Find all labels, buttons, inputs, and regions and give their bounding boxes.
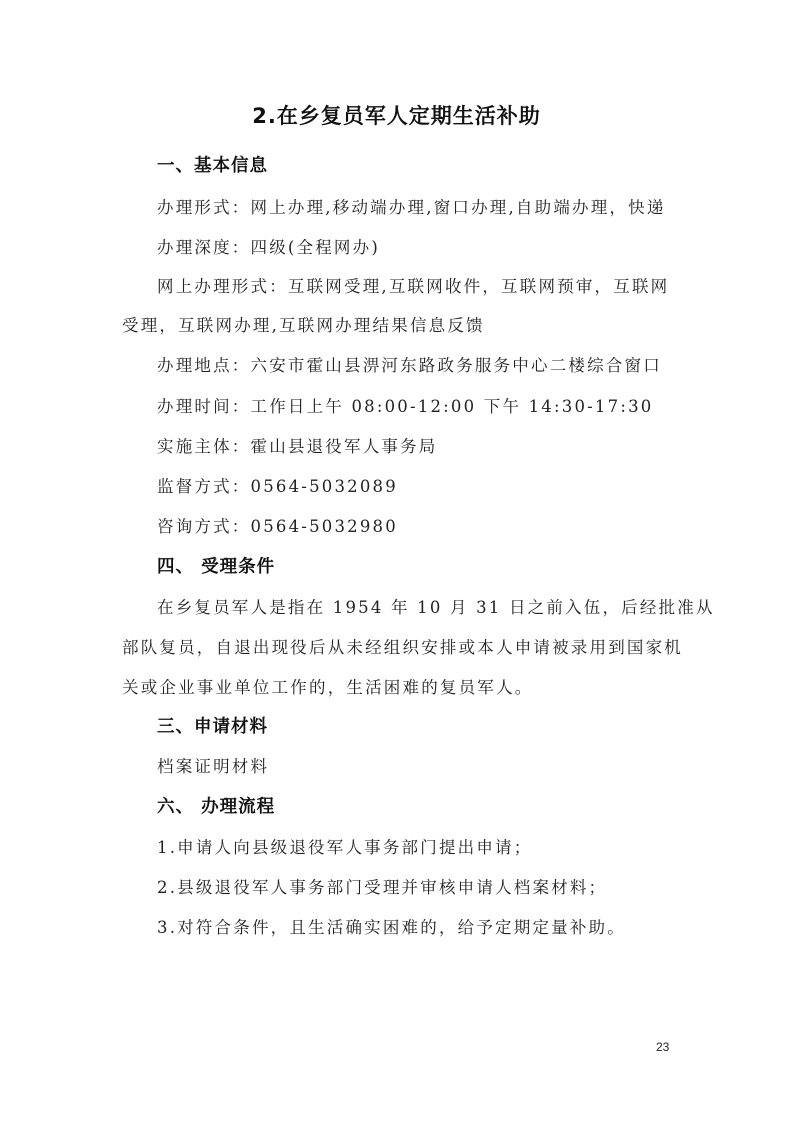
- handling-depth: 办理深度：四级(全程网办): [157, 234, 380, 258]
- handling-form: 办理形式：网上办理,移动端办理,窗口办理,自助端办理，快递: [157, 194, 666, 218]
- online-form-line2: 受理，互联网办理,互联网办理结果信息反馈: [122, 312, 485, 336]
- document-title: 2.在乡复员军人定期生活补助: [0, 100, 793, 130]
- conditions-line2: 部队复员，自退出现役后从未经组织安排或本人申请被录用到国家机: [122, 634, 683, 658]
- implementer: 实施主体：霍山县退役军人事务局: [157, 433, 438, 457]
- section-heading-basic-info: 一、基本信息: [157, 152, 268, 177]
- section-heading-conditions: 四、 受理条件: [157, 553, 275, 578]
- materials-item: 档案证明材料: [157, 753, 269, 777]
- page-number: 23: [656, 1040, 669, 1054]
- section-heading-process: 六、 办理流程: [157, 793, 275, 818]
- online-form-line1: 网上办理形式：互联网受理,互联网收件，互联网预审，互联网: [157, 273, 669, 297]
- supervision-phone: 监督方式：0564-5032089: [157, 473, 398, 497]
- location: 办理地点：六安市霍山县淠河东路政务服务中心二楼综合窗口: [157, 352, 662, 376]
- hours: 办理时间：工作日上午 08:00-12:00 下午 14:30-17:30: [157, 393, 654, 417]
- process-step-3: 3.对符合条件，且生活确实困难的，给予定期定量补助。: [157, 914, 626, 938]
- process-step-2: 2.县级退役军人事务部门受理并审核申请人档案材料；: [157, 874, 607, 898]
- conditions-line1: 在乡复员军人是指在 1954 年 10 月 31 日之前入伍，后经批准从: [157, 594, 715, 618]
- document-page: 2.在乡复员军人定期生活补助 一、基本信息 办理形式：网上办理,移动端办理,窗口…: [0, 0, 793, 1122]
- section-heading-materials: 三、申请材料: [157, 713, 268, 738]
- conditions-line3: 关或企业事业单位工作的，生活困难的复员军人。: [122, 674, 533, 698]
- process-step-1: 1.申请人向县级退役军人事务部门提出申请；: [157, 834, 532, 858]
- consultation-phone: 咨询方式：0564-5032980: [157, 513, 398, 537]
